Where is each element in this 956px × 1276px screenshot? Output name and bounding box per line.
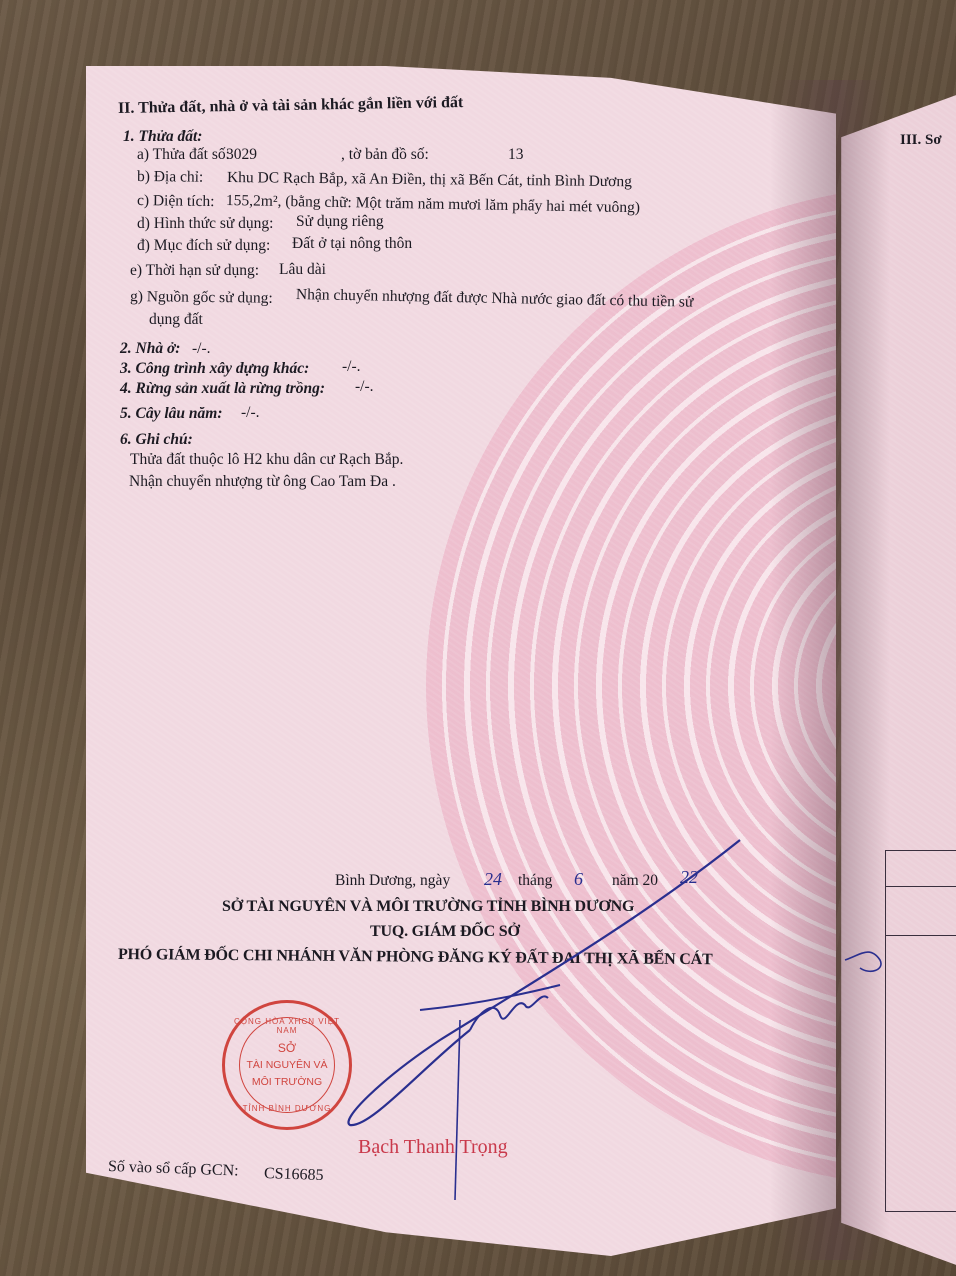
usage-form-value: Sử dụng riêng [296,213,384,231]
authority-deputy-director: PHÓ GIÁM ĐỐC CHI NHÁNH VĂN PHÒNG ĐĂNG KÝ… [118,946,713,969]
date-month-label: tháng [518,872,552,890]
area-value: 155,2m², (bằng chữ: Một trăm năm mươi lă… [226,192,640,217]
usage-term-value: Lâu dài [279,261,326,279]
stamp-center-line-1: SỞ [225,1041,349,1055]
certificate-content: II. Thửa đất, nhà ở và tài sản khác gắn … [0,0,956,1276]
date-year: 22 [680,868,698,886]
authority-department: SỞ TÀI NGUYÊN VÀ MÔI TRƯỜNG TỈNH BÌNH DƯ… [222,898,634,916]
date-year-label: năm 20 [612,872,658,890]
other-construction-heading: 3. Công trình xây dựng khác: [120,360,309,378]
registry-number: CS16685 [264,1165,324,1185]
house-value: -/-. [192,340,211,358]
land-parcel-heading: 1. Thửa đất: [123,128,202,146]
usage-origin-value: Nhận chuyển nhượng đất được Nhà nước gia… [296,286,694,312]
section-title: II. Thửa đất, nhà ở và tài sản khác gắn … [118,94,464,118]
parcel-number-label: a) Thửa đất số: [137,146,230,164]
stamp-ring-bottom: TỈNH BÌNH DƯƠNG [225,1104,349,1113]
right-page-section-title: III. Sơ [900,132,942,149]
house-heading: 2. Nhà ở: [120,340,180,358]
date-month: 6 [574,870,583,888]
usage-term-label: e) Thời hạn sử dụng: [130,262,259,280]
usage-purpose-label: đ) Mục đích sử dụng: [137,237,270,255]
production-forest-heading: 4. Rừng sản xuất là rừng trồng: [120,380,325,398]
address-value: Khu DC Rạch Bắp, xã An Điền, thị xã Bến … [227,169,632,191]
stamp-ring-top: CỘNG HÒA XHCN VIỆT NAM [225,1017,349,1035]
perennial-trees-heading: 5. Cây lâu năm: [120,405,222,423]
authority-director: TUQ. GIÁM ĐỐC SỞ [370,923,520,941]
right-page-diagram-frame [885,850,956,1212]
date-prefix: Bình Dương, ngày [335,872,450,890]
production-forest-value: -/-. [355,378,374,396]
official-red-stamp: CỘNG HÒA XHCN VIỆT NAM SỞ TÀI NGUYÊN VÀ … [222,1000,352,1130]
stamp-center-line-3: MÔI TRƯỜNG [225,1076,349,1088]
map-sheet-value: 13 [508,146,524,164]
usage-form-label: d) Hình thức sử dụng: [137,215,274,233]
registry-label: Số vào sổ cấp GCN: [108,1158,239,1181]
other-construction-value: -/-. [342,358,361,376]
usage-origin-value-continued: dụng đất [149,311,203,329]
notes-line-1: Thửa đất thuộc lô H2 khu dân cư Rạch Bắp… [130,451,403,469]
perennial-trees-value: -/-. [241,404,260,422]
stamp-center-line-2: TÀI NGUYÊN VÀ [225,1059,349,1071]
map-sheet-label: , tờ bản đồ số: [341,146,429,164]
date-day: 24 [484,870,502,888]
signer-name: Bạch Thanh Trọng [358,1136,508,1159]
address-label: b) Địa chỉ: [137,168,203,187]
usage-origin-label: g) Nguồn gốc sử dụng: [130,288,273,308]
usage-purpose-value: Đất ở tại nông thôn [292,235,412,253]
area-label: c) Diện tích: [137,192,215,211]
notes-line-2: Nhận chuyển nhượng từ ông Cao Tam Đa . [129,473,396,491]
notes-heading: 6. Ghi chú: [120,431,193,449]
parcel-number-value: 3029 [226,146,257,164]
